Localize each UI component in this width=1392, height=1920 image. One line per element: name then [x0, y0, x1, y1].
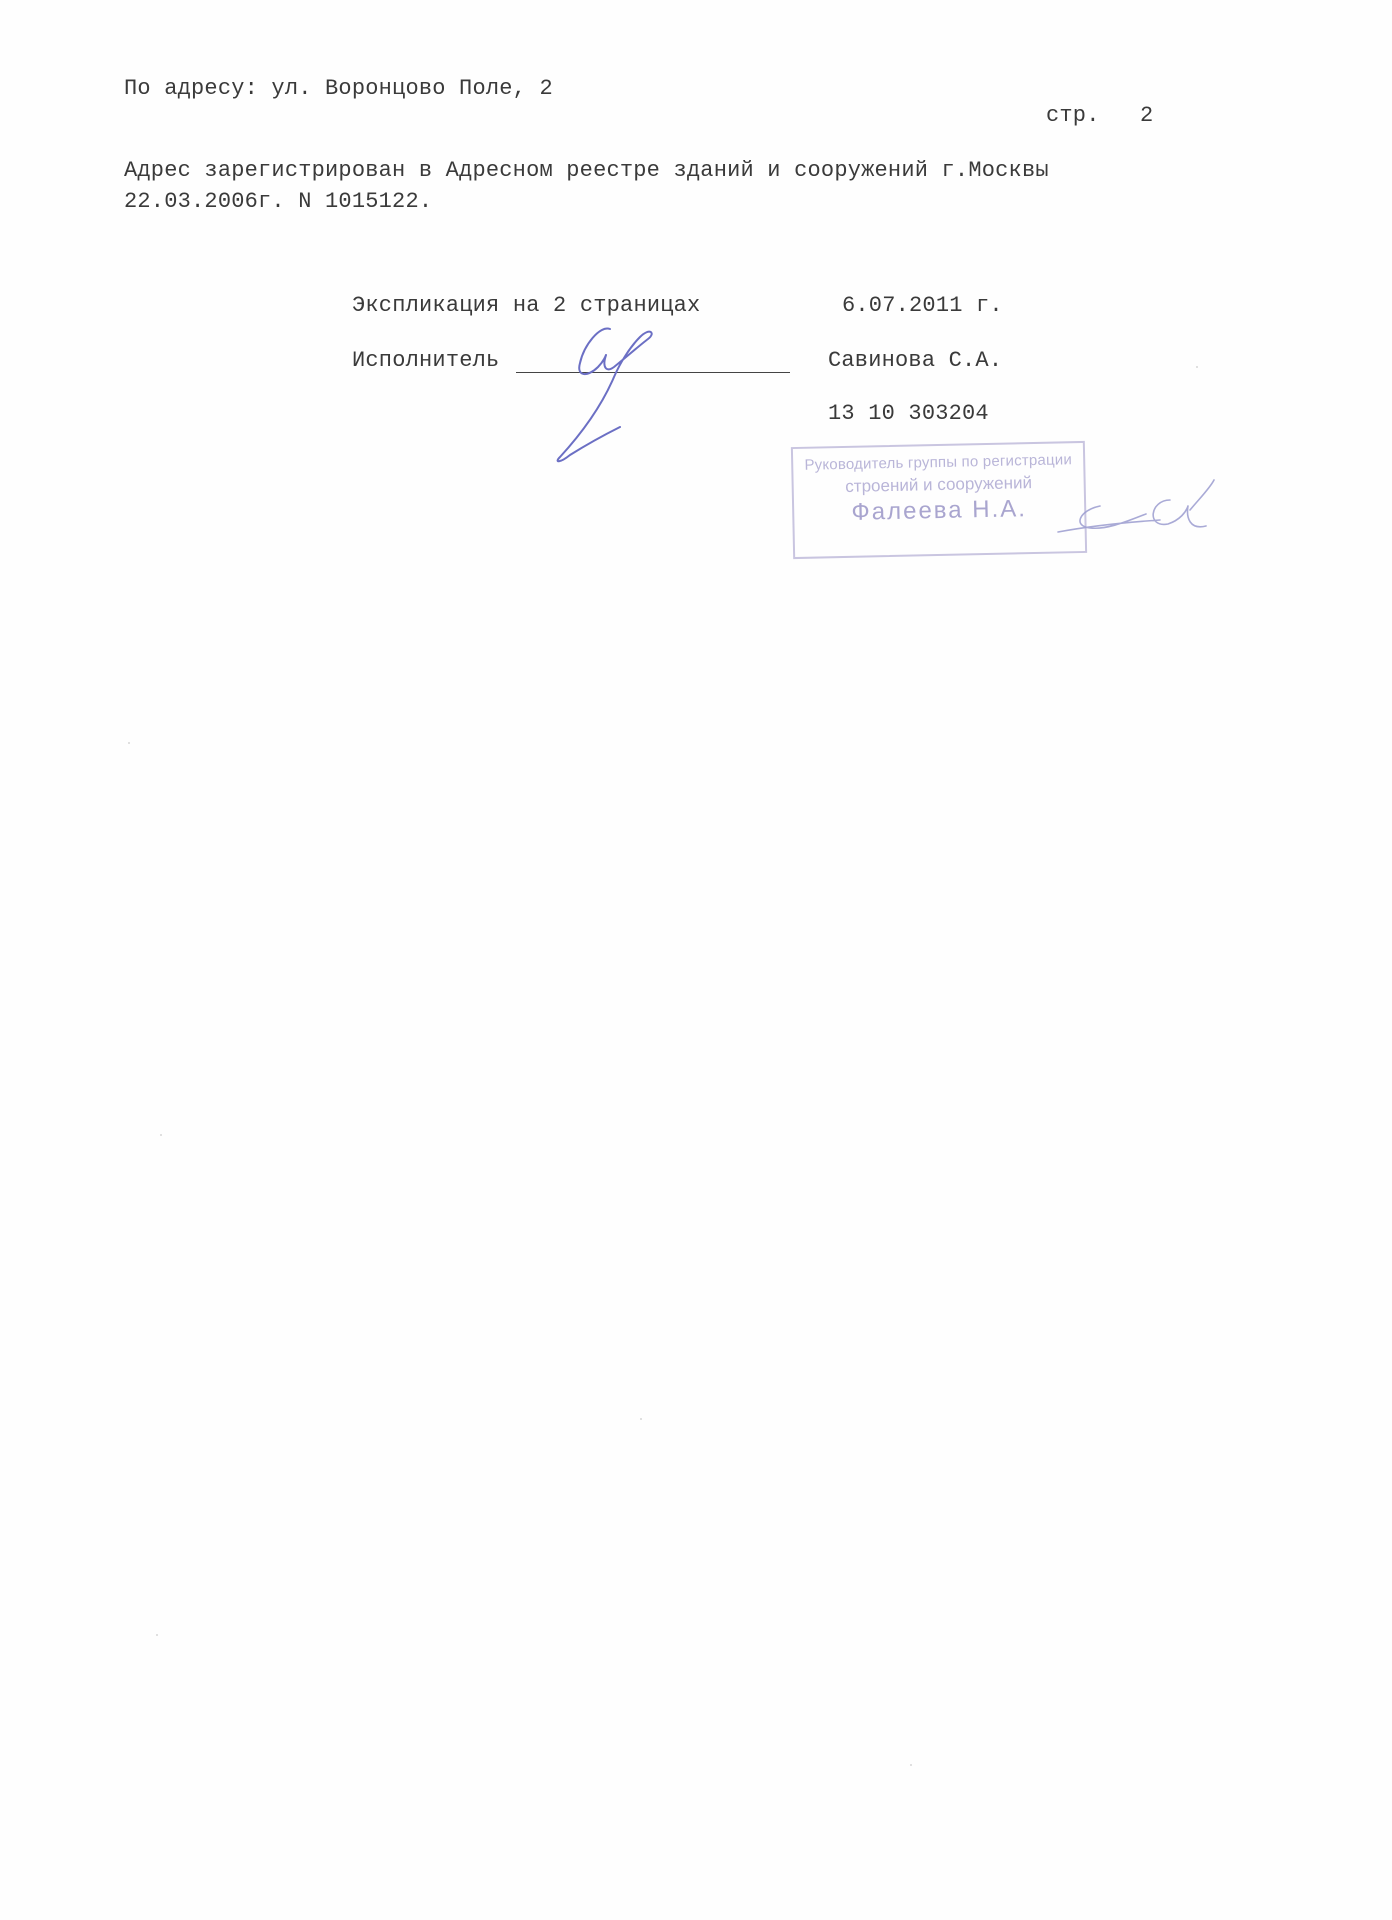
registration-line-1: Адрес зарегистрирован в Адресном реестре… [124, 158, 1049, 183]
registration-line-2: 22.03.2006г. N 1015122. [124, 189, 432, 214]
page-number: 2 [1140, 103, 1153, 128]
page-label: стр. [1046, 103, 1100, 128]
executor-signature [540, 315, 720, 475]
document-date: 6.07.2011 г. [842, 293, 1003, 318]
executor-label: Исполнитель [352, 348, 499, 373]
executor-id: 13 10 303204 [828, 401, 989, 426]
scan-speck [160, 1134, 162, 1136]
document-page: По адресу: ул. Воронцово Поле, 2 стр. 2 … [0, 0, 1392, 1920]
scan-speck [156, 1634, 158, 1636]
signature-line [516, 372, 790, 373]
address-line: По адресу: ул. Воронцово Поле, 2 [124, 76, 553, 101]
scan-speck [640, 1418, 642, 1420]
registration-stamp: Руководитель группы по регистрации строе… [791, 441, 1087, 559]
stamp-line-1: Руководитель группы по регистрации [793, 451, 1083, 474]
scan-speck [128, 742, 130, 744]
explication-text: Экспликация на 2 страницах [352, 293, 700, 318]
scan-speck [910, 1764, 912, 1766]
scan-speck [1196, 366, 1198, 368]
executor-name: Савинова С.А. [828, 348, 1002, 373]
stamp-line-3: Фалеева Н.А. [794, 494, 1085, 528]
